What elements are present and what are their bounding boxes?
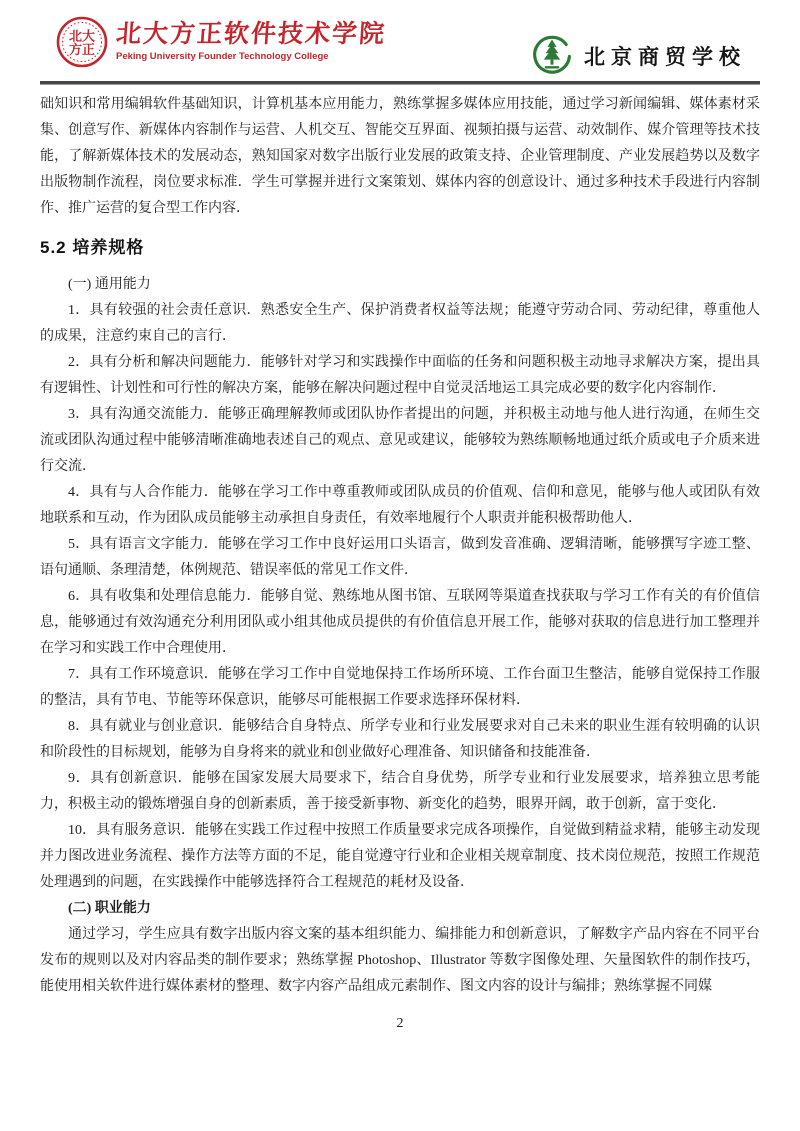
ability-item-2: 2．具有分析和解决问题能力．能够针对学习和实践操作中面临的任务和问题积极主动地寻… [40, 350, 760, 402]
page-number: 2 [397, 1016, 404, 1032]
ability-item-7: 7．具有工作环境意识．能够在学习工作中自觉地保持工作场所环境、工作台面卫生整洁，… [40, 662, 760, 714]
document-body: 础知识和常用编辑软件基础知识，计算机基本应用能力，熟练掌握多媒体应用技能，通过学… [40, 92, 760, 1000]
school-name: 北京商贸学校 [584, 41, 746, 71]
subsection-general-ability: (一) 通用能力 [40, 272, 760, 298]
ability-item-8: 8．具有就业与创业意识．能够结合自身特点、所学专业和行业发展要求对自己未来的职业… [40, 714, 760, 766]
closing-paragraph: 通过学习，学生应具有数字出版内容文案的基本组织能力、编排能力和创新意识，了解数字… [40, 922, 760, 1000]
commerce-school-logo: 北京商贸学校 [530, 34, 754, 78]
ability-item-10: 10．具有服务意识．能够在实践工作过程中按照工作质量要求完成各项操作，自觉做到精… [40, 818, 760, 896]
intro-paragraph: 础知识和常用编辑软件基础知识，计算机基本应用能力，熟练掌握多媒体应用技能，通过学… [40, 92, 760, 222]
page-footer: 2 [40, 1014, 760, 1032]
ability-item-1: 1．具有较强的社会责任意识．熟悉安全生产、保护消费者权益等法规；能遵守劳动合同、… [40, 298, 760, 350]
svg-text:方正: 方正 [69, 42, 95, 57]
college-name-cn: 北大方正软件技术学院 [115, 22, 387, 48]
ability-item-6: 6．具有收集和处理信息能力．能够自觉、熟练地从图书馆、互联网等渠道查找获取与学习… [40, 584, 760, 662]
section-heading: 5.2 培养规格 [40, 235, 760, 261]
document-page: 北大 方正 北大方正软件技术学院 Peking University Found… [0, 0, 800, 1131]
subsection-professional-ability: (二) 职业能力 [40, 896, 760, 922]
ability-item-4: 4．具有与人合作能力．能够在学习工作中尊重教师或团队成员的价值观、信仰和意见，能… [40, 480, 760, 532]
header-divider [40, 81, 760, 85]
page-header: 北大 方正 北大方正软件技术学院 Peking University Found… [40, 16, 760, 78]
college-name-en: Peking University Founder Technology Col… [116, 52, 386, 62]
ability-item-9: 9．具有创新意识．能够在国家发展大局要求下，结合自身优势，所学专业和行业发展要求… [40, 766, 760, 818]
founder-college-logo: 北大 方正 北大方正软件技术学院 Peking University Found… [56, 16, 386, 68]
founder-seal-icon: 北大 方正 [56, 16, 108, 68]
ability-item-5: 5．具有语言文字能力．能够在学习工作中良好运用口头语言，做到发音准确、逻辑清晰，… [40, 532, 760, 584]
ability-item-3: 3．具有沟通交流能力．能够正确理解教师或团队协作者提出的问题，并积极主动地与他人… [40, 402, 760, 480]
pine-tree-icon [530, 34, 574, 78]
